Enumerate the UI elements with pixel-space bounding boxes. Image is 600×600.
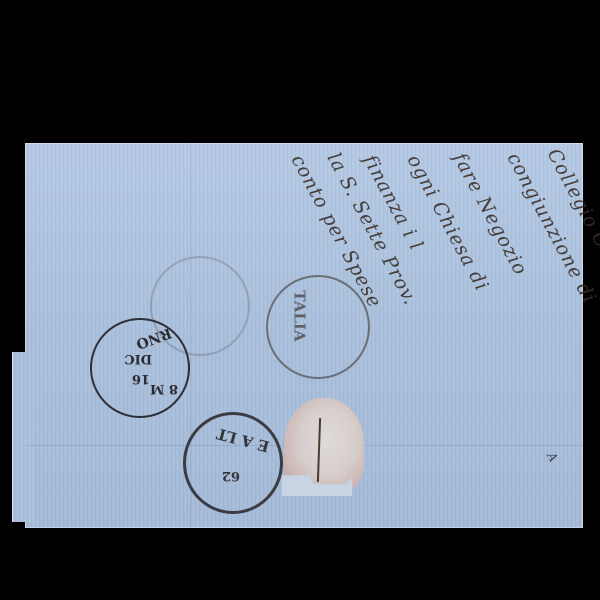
postmark-month: DIC [124,351,152,366]
handwritten-address: Collegio Cons congiunzione di fare Negoz… [300,143,583,403]
folded-flap [12,352,35,522]
left-postmark: RNO 16 DIC 8 M [90,318,190,418]
postmark-year: 62 [222,468,240,483]
photo-scene: RNO 16 DIC 8 M TALIA E A LT 62 Collegio … [0,0,600,600]
postmark-time: 8 M [150,381,178,396]
postmark-text: RNO [134,324,174,352]
bottom-postmark: E A LT 62 [183,412,283,514]
postmark-text: E A LT [215,424,272,455]
postmark-day: 16 [132,371,150,386]
